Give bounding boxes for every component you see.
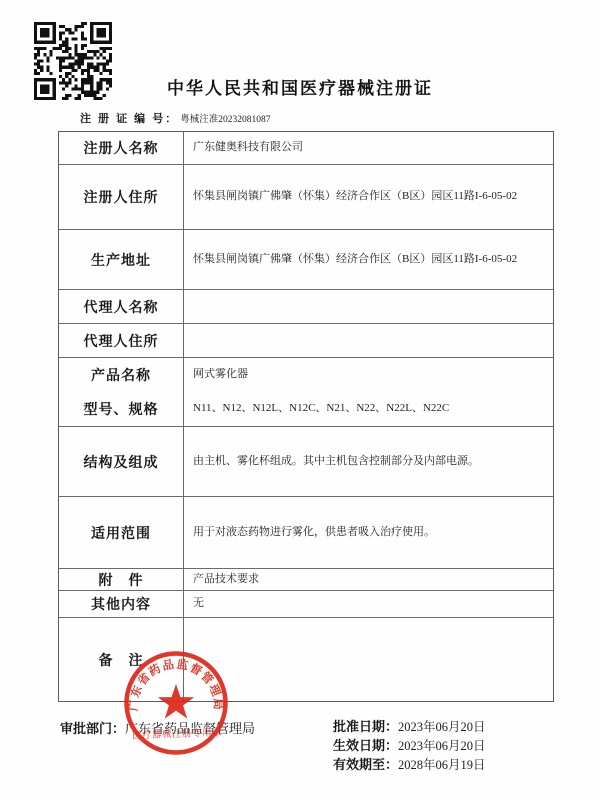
row-value [184, 618, 553, 701]
table-row-intended-use: 适用范围 用于对液态药物进行雾化，供患者吸入治疗使用。 [59, 496, 553, 568]
expiry-date-value: 2028年06月19日 [398, 755, 486, 773]
row-value: 怀集县闸岗镇广佛肇（怀集）经济合作区（B区）园区11路I-6-05-02 [184, 230, 553, 289]
approval-department-label: 审批部门： [60, 718, 125, 737]
table-row-model-spec: 型号、规格 N11、N12、N12L、N12C、N21、N22、N22L、N22… [59, 391, 553, 426]
table-row-structure: 结构及组成 由主机、雾化杯组成。其中主机包含控制部分及内部电源。 [59, 426, 553, 496]
table-row-agent-name: 代理人名称 [59, 289, 553, 323]
row-label: 代理人住所 [59, 324, 184, 357]
row-label: 产品名称 [59, 358, 184, 391]
table-row-production-address: 生产地址 怀集县闸岗镇广佛肇（怀集）经济合作区（B区）园区11路I-6-05-0… [59, 229, 553, 289]
row-label: 生产地址 [59, 230, 184, 289]
table-row-registrant-address: 注册人住所 怀集县闸岗镇广佛肇（怀集）经济合作区（B区）园区11路I-6-05-… [59, 164, 553, 229]
table-row-registrant-name: 注册人名称 广东健奥科技有限公司 [59, 132, 553, 164]
row-label: 适用范围 [59, 497, 184, 568]
row-label: 代理人名称 [59, 290, 184, 323]
approval-date: 批准日期： 2023年06月20日 [333, 716, 486, 735]
effective-date-label: 生效日期： [333, 735, 398, 754]
row-label: 注册人住所 [59, 165, 184, 229]
table-row-remarks: 备 注 [59, 617, 553, 701]
approval-department-value: 广东省药品监督管理局 [125, 718, 255, 737]
expiry-date: 有效期至： 2028年06月19日 [333, 754, 486, 773]
row-label: 结构及组成 [59, 427, 184, 496]
row-label: 附 件 [59, 569, 184, 590]
approval-department: 审批部门： 广东省药品监督管理局 [60, 718, 255, 737]
row-label: 其他内容 [59, 591, 184, 617]
date-block: 批准日期： 2023年06月20日 生效日期： 2023年06月20日 有效期至… [333, 716, 486, 773]
row-value: 由主机、雾化杯组成。其中主机包含控制部分及内部电源。 [184, 427, 553, 496]
table-row-attachment: 附 件 产品技术要求 [59, 568, 553, 590]
row-value: 怀集县闸岗镇广佛肇（怀集）经济合作区（B区）园区11路I-6-05-02 [184, 165, 553, 229]
approval-date-label: 批准日期： [333, 716, 398, 735]
table-row-product-name: 产品名称 网式雾化器 [59, 357, 553, 391]
table-row-other-content: 其他内容 无 [59, 590, 553, 617]
effective-date: 生效日期： 2023年06月20日 [333, 735, 486, 754]
row-value [184, 290, 553, 323]
row-value: 用于对液态药物进行雾化，供患者吸入治疗使用。 [184, 497, 553, 568]
row-value [184, 324, 553, 357]
certificate-title: 中华人民共和国医疗器械注册证 [0, 74, 600, 99]
row-value: 广东健奥科技有限公司 [184, 132, 553, 164]
row-label: 注册人名称 [59, 132, 184, 164]
row-value: N11、N12、N12L、N12C、N21、N22、N22L、N22C [184, 391, 553, 426]
row-value: 无 [184, 591, 553, 617]
registration-number: 注 册 证 编 号： 粤械注准20232081087 [80, 110, 271, 126]
registration-number-value: 粤械注准20232081087 [180, 111, 270, 125]
approval-date-value: 2023年06月20日 [398, 717, 486, 735]
row-label: 型号、规格 [59, 391, 184, 426]
table-row-agent-address: 代理人住所 [59, 323, 553, 357]
row-value: 网式雾化器 [184, 358, 553, 391]
registration-number-label: 注 册 证 编 号： [80, 110, 178, 126]
row-label: 备 注 [59, 618, 184, 701]
certificate-page: 中华人民共和国医疗器械注册证 注 册 证 编 号： 粤械注准2023208108… [0, 0, 600, 800]
effective-date-value: 2023年06月20日 [398, 736, 486, 754]
certificate-table: 注册人名称 广东健奥科技有限公司 注册人住所 怀集县闸岗镇广佛肇（怀集）经济合作… [58, 131, 554, 702]
expiry-date-label: 有效期至： [333, 754, 398, 773]
row-value: 产品技术要求 [184, 569, 553, 590]
